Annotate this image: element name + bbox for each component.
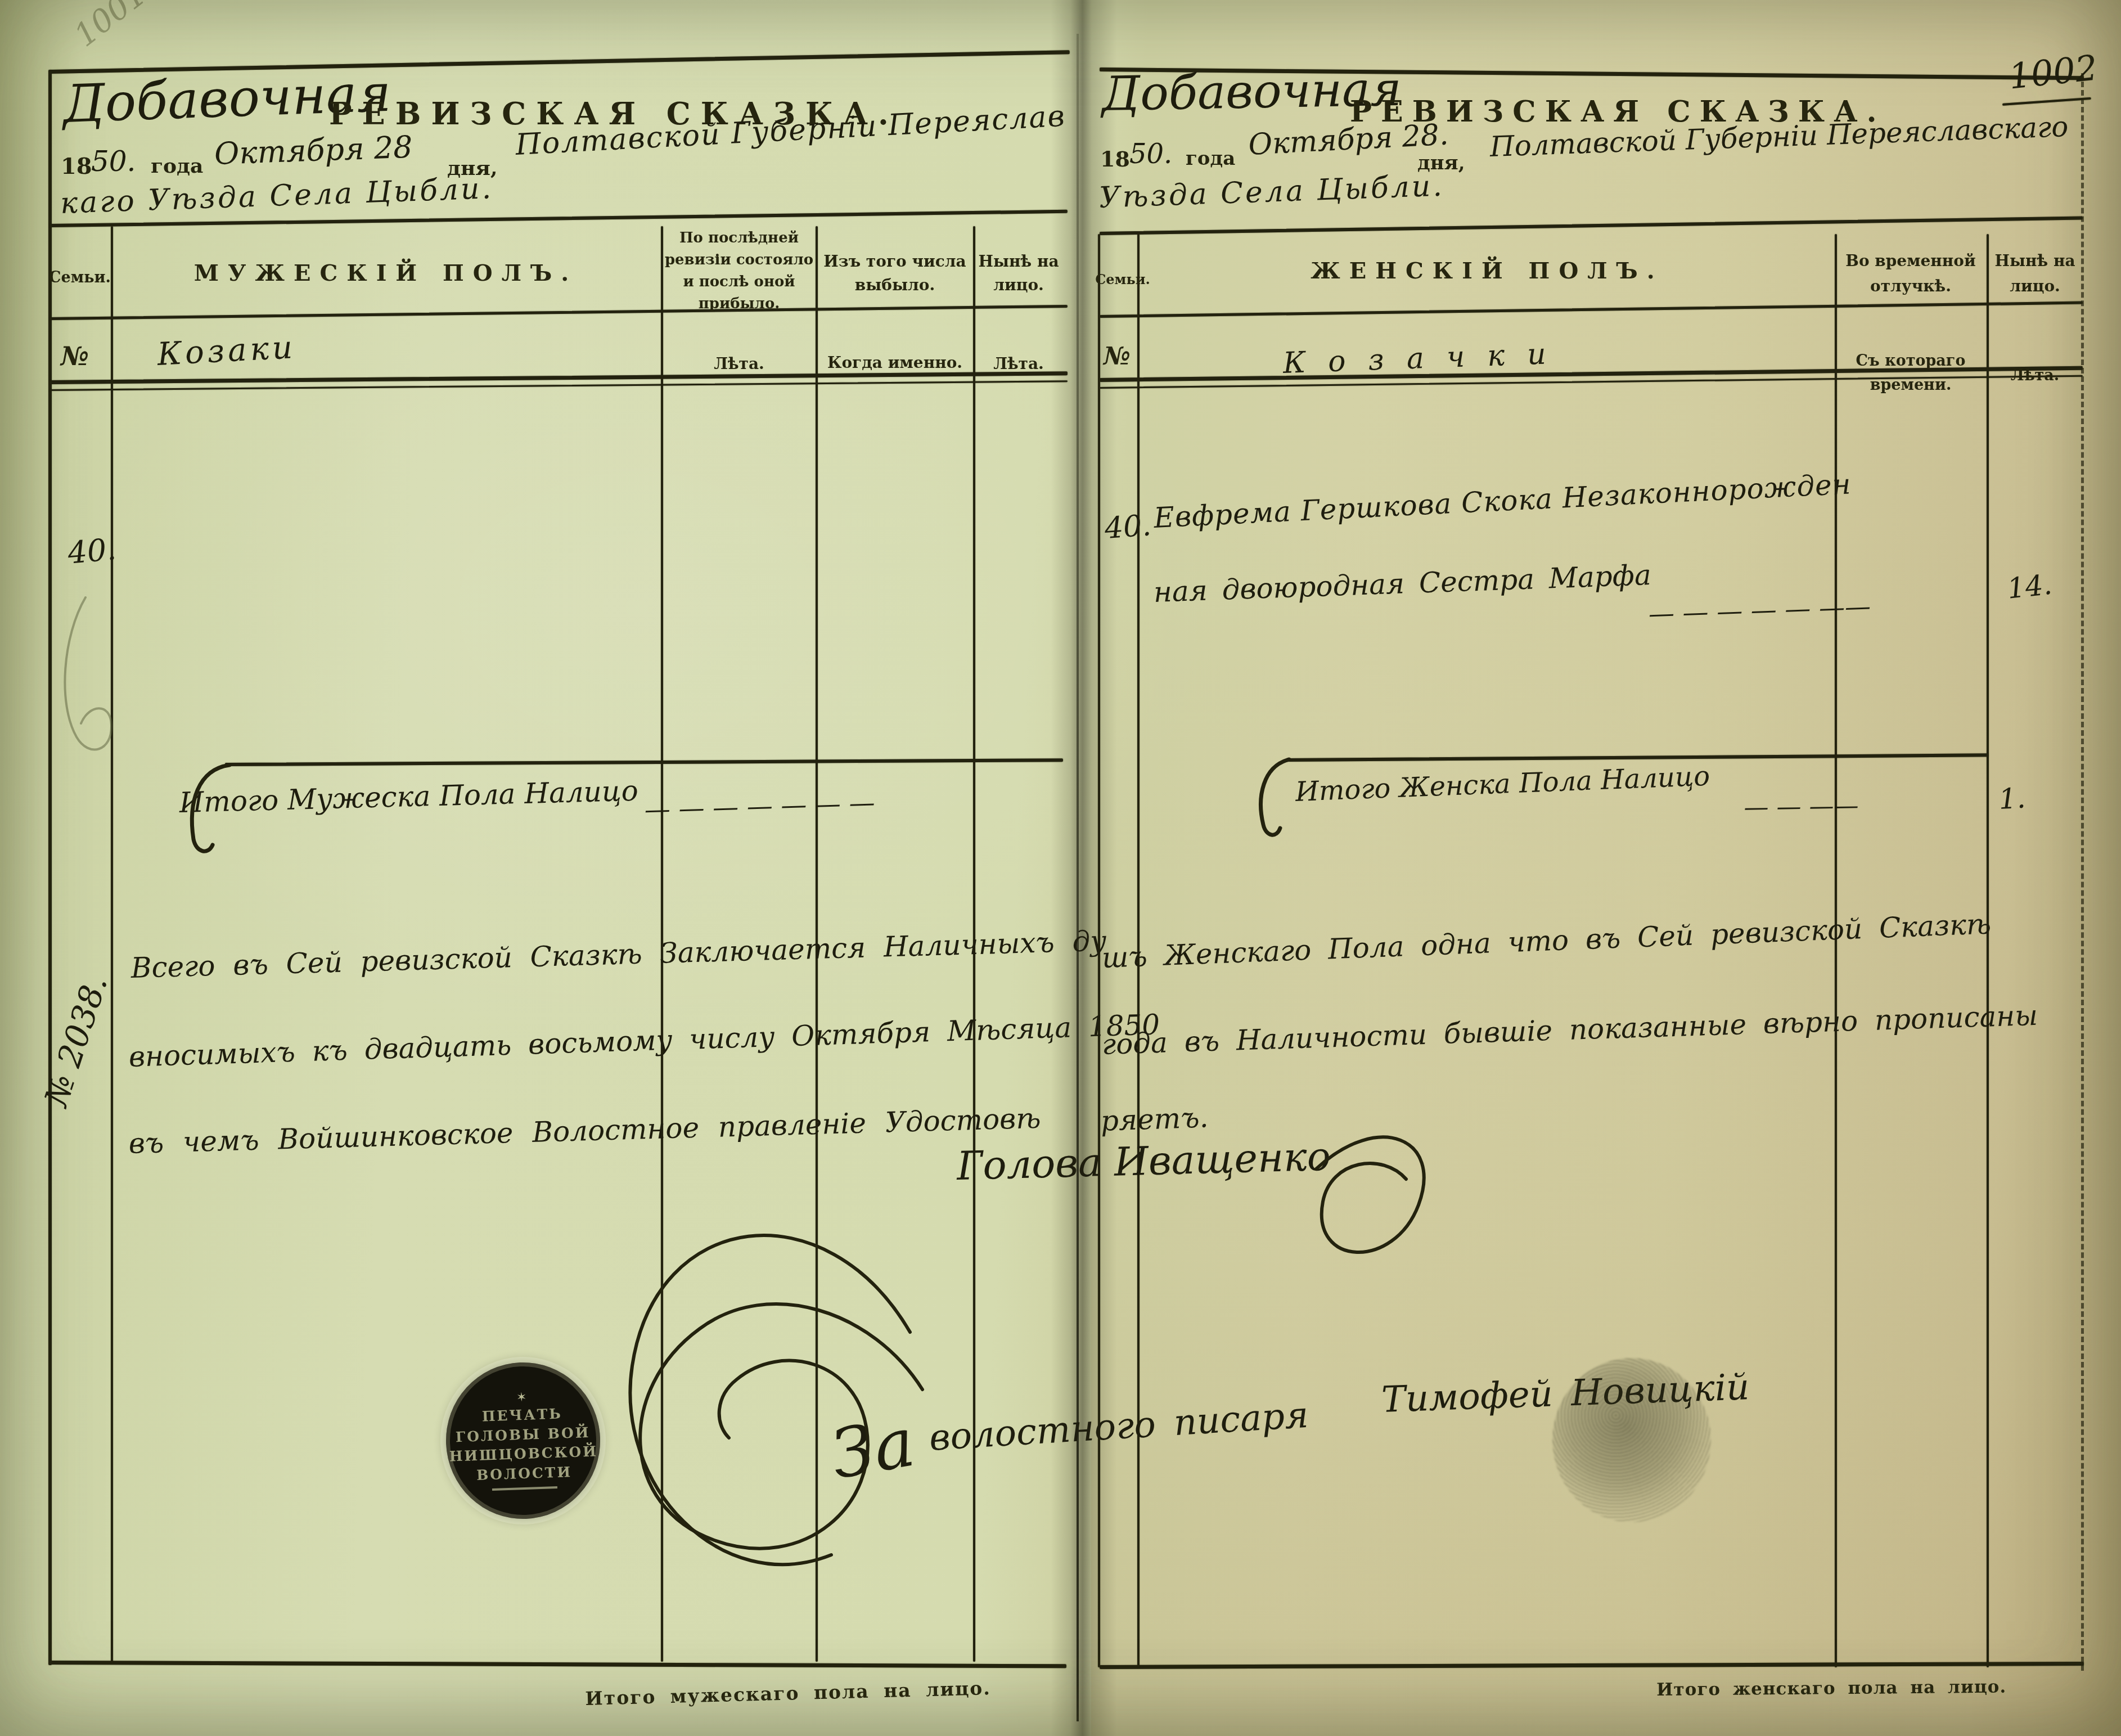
attestation-line3-left: въ чемъ Войшинковское Волостное правлені…	[128, 1102, 1041, 1160]
right-sub-absent: Съ котораго времени.	[1837, 349, 1984, 397]
attestation-line2-right: года въ Наличности бывшіе показанные вѣр…	[1101, 999, 2038, 1061]
signature-head: Голова Иващенко	[956, 1134, 1331, 1189]
ink-smudge-stamp	[1552, 1358, 1711, 1522]
entry-age: 14.	[2006, 568, 2054, 605]
seal-underline	[492, 1486, 557, 1491]
right-sub-present: Лѣта.	[1989, 367, 2081, 384]
left-date-year-word: года	[151, 154, 203, 178]
entry-dashes: — — — — — ——	[1648, 591, 1871, 629]
left-col-family: Семьи.	[48, 269, 111, 286]
attestation-line1-left: Всего въ Сей ревизской Сказкѣ Заключаетс…	[130, 925, 1107, 984]
right-footer-total: Итого женскаго пола на лицо.	[1656, 1677, 2006, 1700]
subtotal-bracket-right	[1261, 759, 1289, 835]
right-date-year-word: года	[1186, 147, 1235, 170]
signature-clerk: волостного писаря	[928, 1395, 1310, 1459]
right-col-absent: Во временной отлучкѣ.	[1837, 249, 1984, 299]
left-date-day: Октября 28	[214, 129, 413, 172]
left-sub-departed: Когда именно.	[818, 353, 971, 372]
seal-line: ГОЛОВЫ ВОЙ	[456, 1424, 591, 1445]
right-date-year: 50.	[1129, 138, 1172, 170]
document-scan: 1001 Добавочная РЕВИЗСКАЯ СКАЗКА. 18 50.…	[0, 0, 2121, 1736]
left-col-main: МУЖЕСКІЙ ПОЛЪ.	[111, 260, 661, 286]
subtotal-rule-left	[225, 758, 1063, 766]
seal-line: ПЕЧАТЬ	[481, 1406, 562, 1425]
table-line	[49, 1661, 1066, 1668]
right-page-torn-edge	[2081, 73, 2084, 1671]
left-date-year: 50.	[91, 145, 136, 178]
seal-line: ВОЛОСТИ	[476, 1464, 573, 1483]
entry-line2: ная двоюродная Сестра Марфа	[1153, 559, 1652, 609]
za-flourish-outer	[630, 1235, 910, 1564]
left-col-departed: Изъ того числа выбыло.	[818, 250, 971, 297]
right-subtotal-dashes: — — ——	[1744, 791, 1859, 822]
left-sub-present: Лѣта.	[974, 354, 1063, 373]
right-subtotal-value: 1.	[1998, 782, 2027, 816]
attestation-line3-right: ряетъ.	[1100, 1101, 1209, 1137]
right-row-number: 40.	[1104, 509, 1152, 546]
right-place-line2: Уѣзда Села Цыбли.	[1098, 169, 1445, 215]
table-line	[111, 226, 113, 1662]
volost-head-seal: ✶ ПЕЧАТЬ ГОЛОВЫ ВОЙ НИШЦОВСКОЙ ВОЛОСТИ	[443, 1360, 603, 1521]
left-col-prev-revision: По послѣдней ревизіи состояло и послѣ он…	[664, 227, 814, 315]
right-col-main: ЖЕНСКІЙ ПОЛЪ.	[1140, 258, 1835, 284]
book-gutter-line	[1077, 34, 1079, 1721]
left-col-present: Нынѣ на лицо.	[974, 250, 1063, 297]
right-col-present: Нынѣ на лицо.	[1989, 249, 2081, 299]
pencil-margin-squiggle	[65, 597, 111, 749]
table-line	[1100, 1662, 2084, 1669]
page-number-underline	[2002, 97, 2091, 106]
left-group-handwritten: Козаки	[156, 329, 297, 373]
left-sub-prev: Лѣта.	[664, 354, 814, 373]
table-line	[1987, 234, 1989, 1667]
table-line	[1835, 234, 1837, 1667]
attestation-line1-right: шъ Женскаго Пола одна что въ Сей ревизск…	[1101, 907, 1992, 974]
right-subtotal-text: Итого Женска Пола Налицо	[1295, 761, 1710, 808]
head-signature-flourish	[1316, 1137, 1424, 1252]
left-row-number: 40.	[66, 532, 118, 571]
table-line	[48, 70, 52, 1665]
left-subtotal-text: Итого Мужеска Пола Налицо	[179, 775, 639, 819]
left-date-century: 18	[61, 153, 92, 179]
right-date-century: 18	[1100, 146, 1130, 172]
table-line	[1100, 217, 2083, 235]
page-number: 1002	[2007, 47, 2100, 97]
attestation-line2-left: вносимыхъ къ двадцать восьмому числу Окт…	[128, 1008, 1160, 1073]
entry-line1: Евфрема Гершкова Скока Незаконнорожден	[1153, 467, 1852, 534]
seal-line: НИШЦОВСКОЙ	[449, 1443, 598, 1465]
left-col-no: №	[61, 341, 89, 371]
table-line	[49, 305, 1068, 320]
signature-za: За	[826, 1404, 920, 1495]
seal-star-icon: ✶	[516, 1392, 527, 1405]
left-footer-total: Итого мужескаго пола на лицо.	[585, 1677, 991, 1710]
subtotal-rule-right	[1288, 753, 1988, 762]
left-subtotal-dashes: — — — — — — —	[644, 787, 875, 825]
left-place-line2: каго Уѣзда Села Цыбли.	[60, 172, 494, 221]
table-line	[1100, 302, 2083, 318]
pencil-folio-note: 1001	[67, 0, 153, 54]
right-col-no: №	[1104, 342, 1131, 371]
